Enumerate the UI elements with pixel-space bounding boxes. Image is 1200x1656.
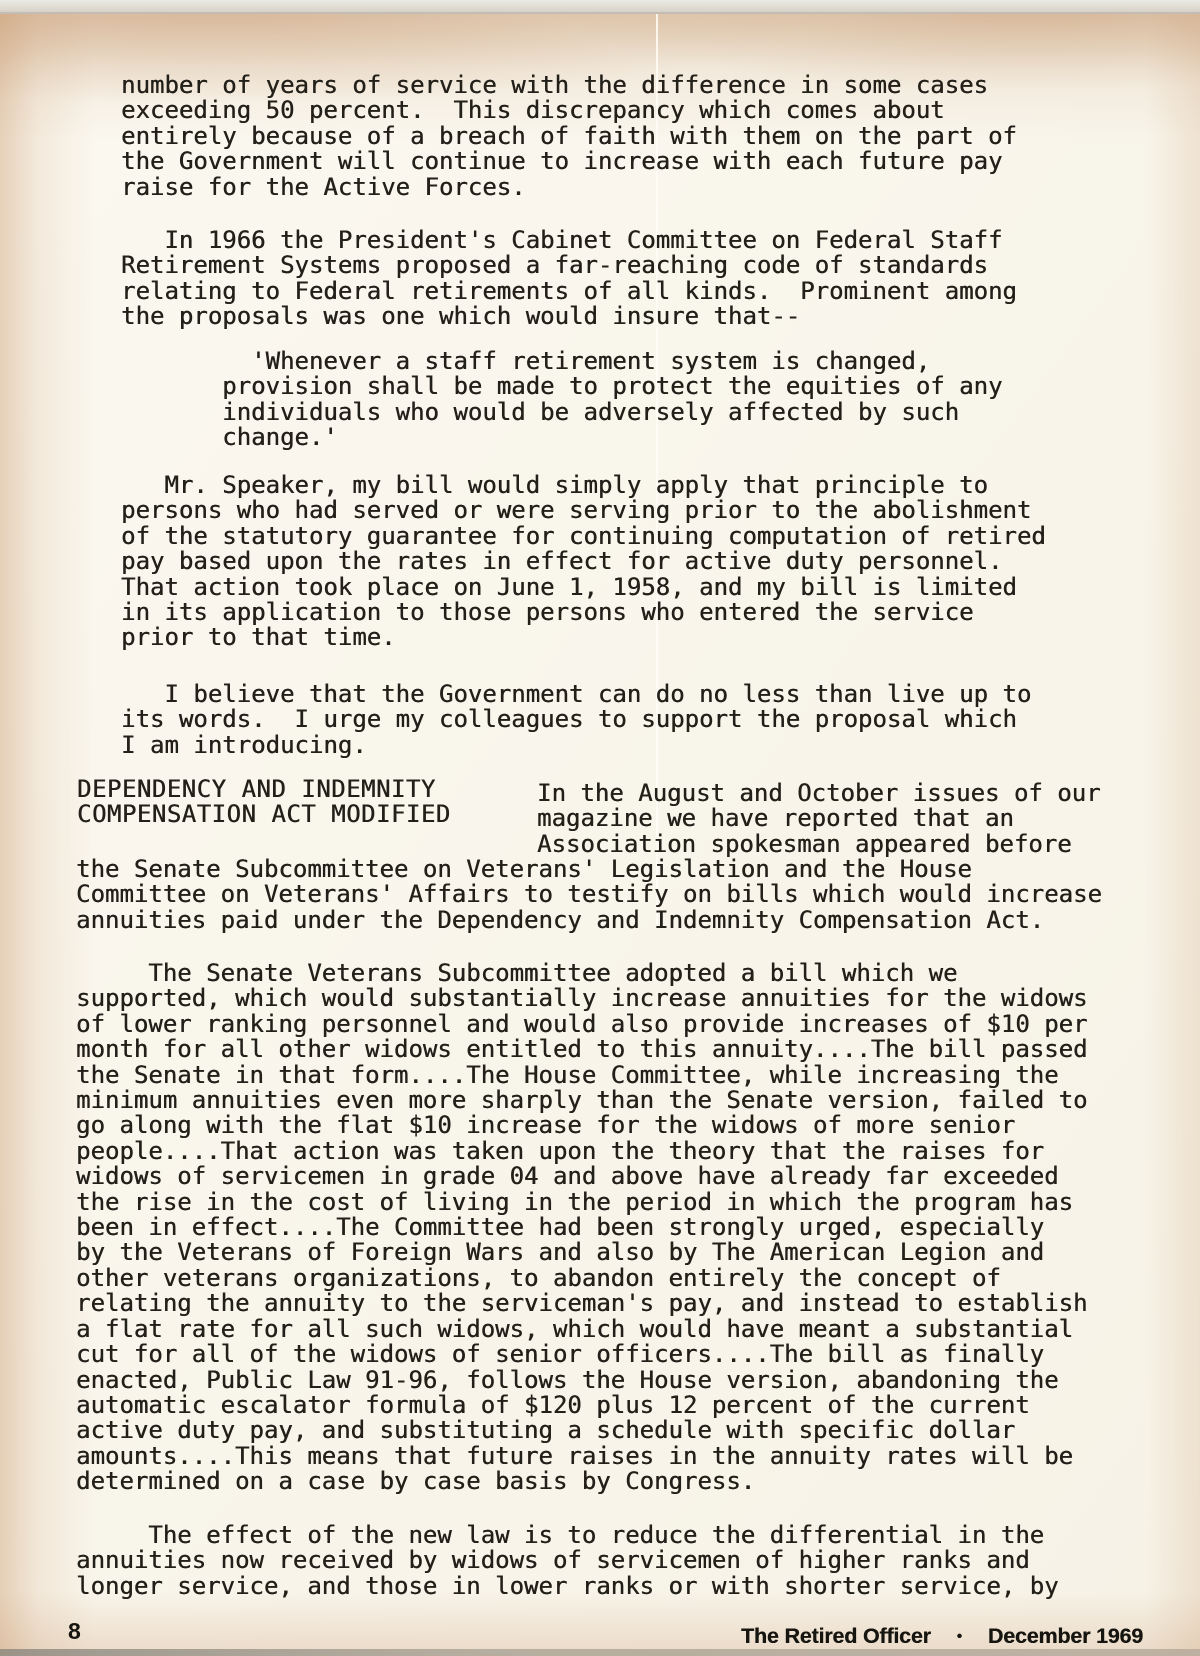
paragraph-service-years: number of years of service with the diff…	[121, 73, 1017, 200]
footer-folio: The Retired Officer•December 1969	[741, 1624, 1143, 1649]
scanned-magazine-page: number of years of service with the diff…	[0, 0, 1200, 1656]
footer-issue-date: December 1969	[988, 1624, 1143, 1648]
paragraph-i-believe: I believe that the Government can do no …	[121, 682, 1031, 758]
paragraph-senate-subcommittee-bill: The Senate Veterans Subcommittee adopted…	[76, 961, 1087, 1495]
footer-magazine-title: The Retired Officer	[741, 1624, 931, 1648]
dic-intro-right-column: In the August and October issues of our …	[537, 781, 1101, 857]
dic-intro-continued: the Senate Subcommittee on Veterans' Leg…	[76, 857, 1102, 933]
bullet-separator-icon: •	[957, 1628, 962, 1645]
scan-edge-bottom	[0, 1649, 1200, 1656]
paragraph-mr-speaker: Mr. Speaker, my bill would simply apply …	[121, 473, 1046, 651]
paragraph-new-law-effect: The effect of the new law is to reduce t…	[76, 1523, 1059, 1599]
section-heading-dic: DEPENDENCY AND INDEMNITY COMPENSATION AC…	[77, 777, 451, 827]
footer-page-number: 8	[68, 1618, 81, 1645]
pull-quote-retirement-system: 'Whenever a staff retirement system is c…	[121, 349, 1002, 451]
scan-edge-top	[0, 0, 1200, 14]
paragraph-cabinet-committee: In 1966 the President's Cabinet Committe…	[121, 228, 1017, 330]
